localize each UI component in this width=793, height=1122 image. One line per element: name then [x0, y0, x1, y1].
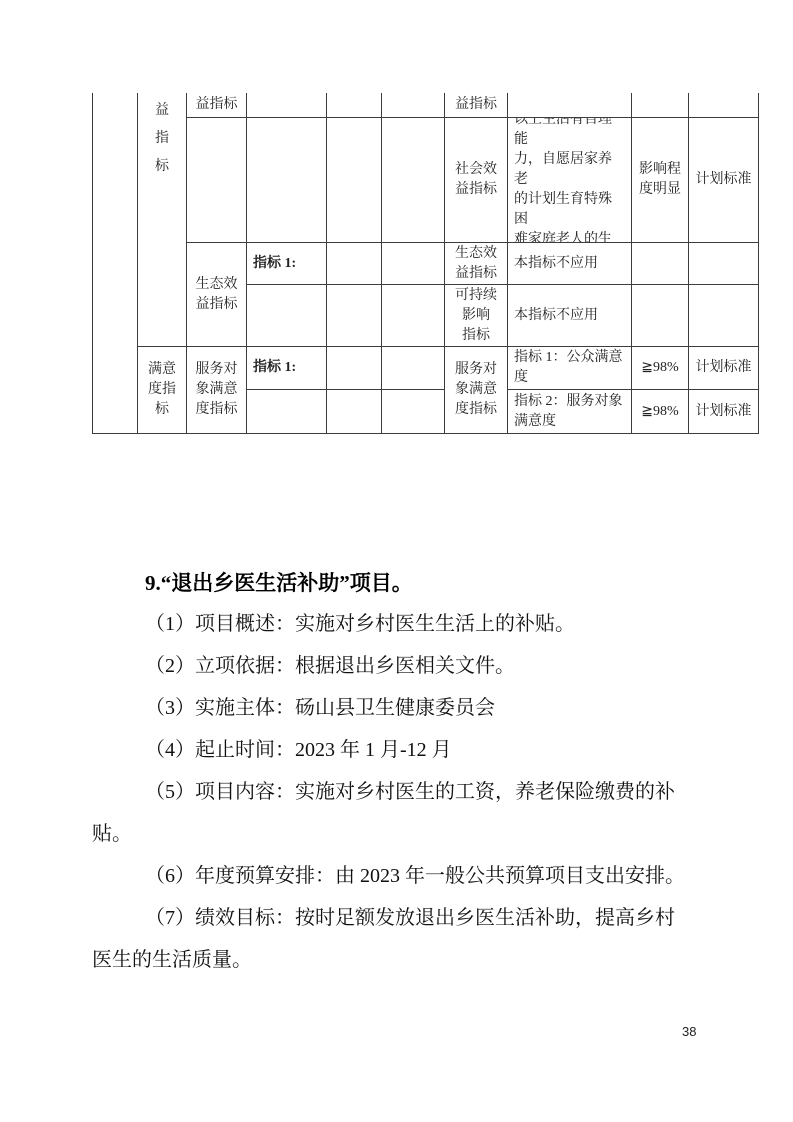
paragraph-line-3: （3）实施主体：砀山县卫生健康委员会 — [145, 695, 495, 721]
paragraph-line-5: （5）项目内容：实施对乡村医生的工资，养老保险缴费的补 — [145, 779, 675, 805]
cell-benefit-sub-left: 益指标 — [187, 93, 247, 118]
cell-sustain-label: 可持续 影响 指标 — [445, 285, 508, 347]
cell-satisfaction-desc-1: 指标 1：公众满意 度 — [508, 347, 632, 390]
page-number: 38 — [682, 1024, 696, 1039]
empty-cell — [327, 347, 382, 390]
cell-social-benefit-label: 社会效 益指标 — [445, 118, 508, 243]
empty-cell — [382, 93, 445, 118]
cell-satisfaction-standard-2: 计划标准 — [689, 390, 759, 433]
empty-cell — [689, 243, 759, 285]
empty-cell — [187, 118, 247, 243]
empty-cell — [689, 285, 759, 347]
paragraph-line-1: （1）项目概述：实施对乡村医生生活上的补贴。 — [145, 611, 575, 637]
empty-cell — [382, 118, 445, 243]
section-heading: 9.“退出乡医生活补助”项目。 — [145, 570, 413, 596]
empty-cell — [247, 285, 327, 347]
cell-benefit-sub-right: 益指标 — [445, 93, 508, 118]
paragraph-line-7-cont: 医生的生活质量。 — [92, 947, 252, 973]
empty-cell — [327, 243, 382, 285]
cell-satisfaction-group: 满意 度指 标 — [138, 347, 187, 433]
paragraph-line-2: （2）立项依据：根据退出乡医相关文件。 — [145, 653, 515, 679]
cell-social-benefit-standard: 计划标准 — [689, 118, 759, 243]
empty-cell — [689, 93, 759, 118]
paragraph-line-4: （4）起止时间：2023 年 1 月-12 月 — [145, 737, 452, 763]
cell-eco-group-label: 生态效 益指标 — [187, 243, 247, 347]
cell-satisfaction-indicator1: 指标 1: — [247, 347, 327, 390]
cell-satisfaction-desc-2: 指标 2：服务对象 满意度 — [508, 390, 632, 433]
cell-social-benefit-degree: 影响程 度明显 — [632, 118, 689, 243]
empty-cell — [327, 390, 382, 433]
empty-cell — [247, 118, 327, 243]
cell-satisfaction-value-2: ≧98% — [632, 390, 689, 433]
empty-cell — [382, 285, 445, 347]
empty-cell — [632, 93, 689, 118]
cell-satisfaction-label-right: 服务对 象满意 度指标 — [445, 347, 508, 433]
paragraph-line-5-cont: 贴。 — [92, 821, 132, 847]
empty-cell — [632, 285, 689, 347]
cell-sustain-not-applicable: 本指标不应用 — [508, 285, 632, 347]
empty-cell — [327, 93, 382, 118]
empty-cell — [382, 243, 445, 285]
cell-eco-label-right: 生态效 益指标 — [445, 243, 508, 285]
cell-satisfaction-label-left: 服务对 象满意 度指标 — [187, 347, 247, 433]
empty-cell — [247, 93, 327, 118]
empty-cell — [247, 390, 327, 433]
empty-cell — [382, 390, 445, 433]
empty-cell — [632, 243, 689, 285]
document-page: 益 指 标 益指标 益指标 社会效 益指标 指标 1：提高 60 岁 以上生活有… — [0, 0, 793, 1122]
empty-cell — [508, 93, 632, 118]
empty-cell — [327, 118, 382, 243]
cell-satisfaction-value-1: ≧98% — [632, 347, 689, 390]
performance-indicator-table: 益 指 标 益指标 益指标 社会效 益指标 指标 1：提高 60 岁 以上生活有… — [92, 93, 759, 434]
empty-cell — [93, 93, 138, 433]
cell-benefit-group: 益 指 标 — [138, 93, 187, 347]
cell-social-benefit-desc: 指标 1：提高 60 岁 以上生活有自理能 力，自愿居家养老 的计划生育特殊困 … — [508, 118, 632, 243]
paragraph-line-6: （6）年度预算安排：由 2023 年一般公共预算项目支出安排。 — [145, 863, 685, 889]
paragraph-line-7: （7）绩效目标：按时足额发放退出乡医生活补助，提高乡村 — [145, 905, 675, 931]
empty-cell — [382, 347, 445, 390]
cell-eco-not-applicable: 本指标不应用 — [508, 243, 632, 285]
cell-satisfaction-standard-1: 计划标准 — [689, 347, 759, 390]
cell-eco-indicator1: 指标 1: — [247, 243, 327, 285]
empty-cell — [327, 285, 382, 347]
